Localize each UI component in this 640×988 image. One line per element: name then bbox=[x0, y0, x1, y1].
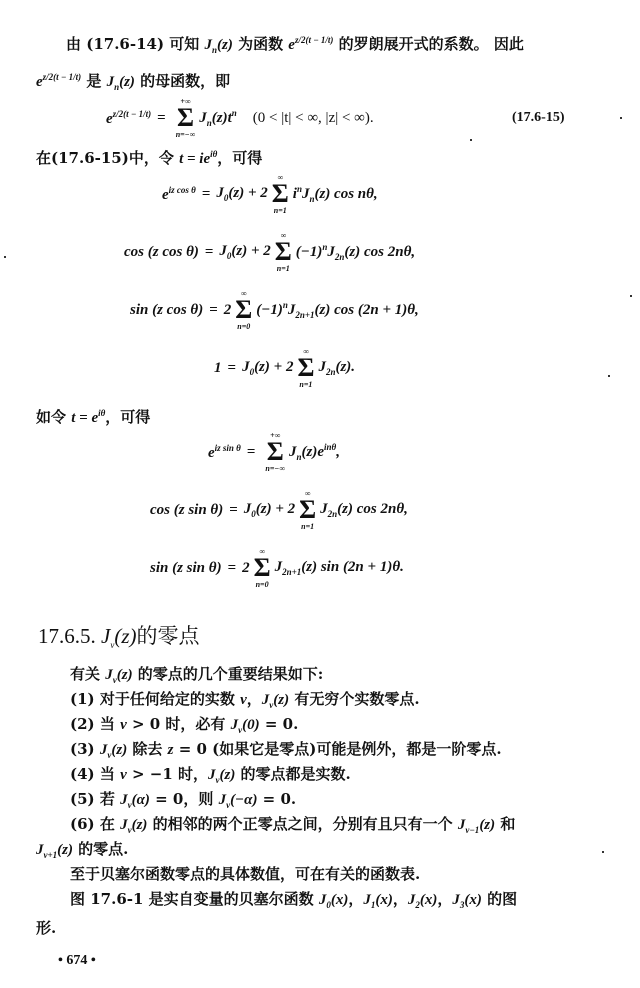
equation-e-iz-cos: eiz cos θ=J0(z) + 2 ∞Σn=1 inJn(z) cos nθ… bbox=[162, 170, 378, 218]
scan-speck bbox=[4, 256, 6, 258]
summation-symbol: ∞Σn=1 bbox=[297, 347, 314, 389]
paragraph1-line2: ez/2(t − 1/t) 是 Jn(z) 的母函数，即 bbox=[36, 67, 230, 97]
equation-lhs: ez/2(t − 1/t) bbox=[106, 109, 151, 128]
equation-number: (17.6-15) bbox=[512, 110, 565, 126]
result-2: (2) 当 ν > 0 时，必有 Jν(0) = 0. bbox=[70, 714, 298, 740]
section-number: 17.6.5. bbox=[38, 624, 96, 648]
results-intro: 有关 Jν(z) 的零点的几个重要结果如下: bbox=[70, 664, 323, 690]
paragraph2: 在(17.6-15)中，令 t = ieiθ，可得 bbox=[36, 144, 262, 169]
closing-line3: 形. bbox=[36, 918, 56, 938]
scan-speck bbox=[620, 117, 622, 119]
equation-condition: (0 < |t| < ∞, |z| < ∞). bbox=[253, 110, 374, 127]
section-title-suffix: 的零点 bbox=[137, 624, 200, 648]
summation-symbol: ∞Σn=0 bbox=[254, 547, 271, 589]
summation-symbol: +∞Σn=−∞ bbox=[265, 431, 285, 473]
closing-line2: 图 17.6-1 是实自变量的贝塞尔函数 J0(x)，J1(x)，J2(x)，J… bbox=[70, 889, 517, 915]
equation-cos-z-sin: cos (z sin θ)=J0(z) + 2 ∞Σn=1 J2n(z) cos… bbox=[150, 486, 408, 534]
section-heading: 17.6.5. Jν(z)的零点 bbox=[38, 620, 200, 650]
result-5: (5) 若 Jν(α) = 0，则 Jν(−α) = 0. bbox=[70, 789, 296, 815]
summation-symbol: ∞Σn=1 bbox=[299, 489, 316, 531]
paragraph1-line1: 由 (17.6-14) 可知 Jn(z) 为函数 ez/2(t − 1/t) 的… bbox=[66, 30, 524, 60]
result-4: (4) 当 ν > −1 时，Jν(z) 的零点都是实数. bbox=[70, 764, 351, 790]
equation-17-6-15: ez/2(t − 1/t) = +∞Σn=−∞ Jn(z)tn (0 < |t|… bbox=[106, 95, 374, 141]
equation-cos-z-cos: cos (z cos θ)=J0(z) + 2 ∞Σn=1 (−1)nJ2n(z… bbox=[124, 228, 415, 276]
result-6-line1: (6) 在 Jν(z) 的相邻的两个正零点之间，分别有且只有一个 Jν−1(z)… bbox=[70, 814, 515, 840]
closing-line1: 至于贝塞尔函数零点的具体数值，可在有关的函数表. bbox=[70, 864, 420, 884]
scan-speck bbox=[630, 295, 632, 297]
result-1: (1) 对于任何给定的实数 ν，Jν(z) 有无穷个实数零点. bbox=[70, 689, 420, 715]
equation-sin-z-sin: sin (z sin θ)=2 ∞Σn=0 J2n+1(z) sin (2n +… bbox=[150, 544, 404, 592]
summation-symbol: +∞Σn=−∞ bbox=[176, 97, 196, 139]
summation-symbol: ∞Σn=0 bbox=[235, 289, 252, 331]
equation-sin-z-cos: sin (z cos θ)=2 ∞Σn=0 (−1)nJ2n+1(z) cos … bbox=[130, 286, 419, 334]
paragraph3: 如令 t = eiθ，可得 bbox=[36, 403, 150, 428]
summation-symbol: ∞Σn=1 bbox=[272, 173, 289, 215]
page-number: • 674 • bbox=[58, 953, 96, 969]
scan-speck bbox=[608, 375, 610, 377]
result-3: (3) Jν(z) 除去 z = 0 (如果它是零点)可能是例外，都是一阶零点. bbox=[70, 739, 502, 765]
equation-one-sum: 1=J0(z) + 2 ∞Σn=1 J2n(z). bbox=[214, 344, 355, 392]
summation-symbol: ∞Σn=1 bbox=[275, 231, 292, 273]
scan-speck bbox=[470, 139, 472, 141]
scan-speck bbox=[602, 851, 604, 853]
result-6-line2: Jν+1(z) 的零点. bbox=[36, 839, 128, 865]
equation-e-iz-sin: eiz sin θ= +∞Σn=−∞ Jn(z)einθ, bbox=[208, 428, 340, 476]
